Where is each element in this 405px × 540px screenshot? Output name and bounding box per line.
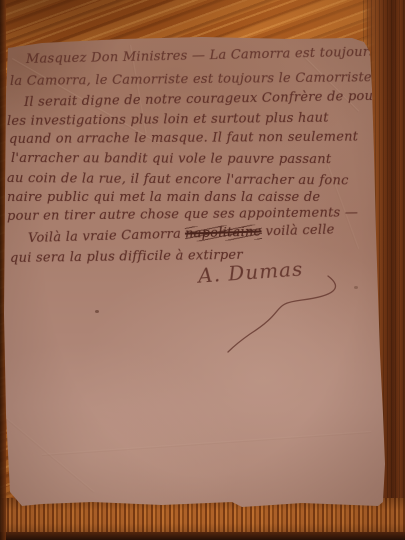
paper-crease xyxy=(1,414,94,493)
closing-line-before: Voilà la vraie Camorra xyxy=(28,227,181,246)
letter-line: l'arracher au bandit qui vole le pauvre … xyxy=(11,152,331,166)
letter-line: Il serait digne de notre courageux Confr… xyxy=(24,89,402,109)
ink-fleck xyxy=(95,310,99,313)
letter-line: naire public qui met la main dans la cai… xyxy=(7,191,320,204)
photo-of-letter-on-wood-table: 2 Masquez Don Ministres — La Camorra est… xyxy=(0,0,405,540)
struck-out-word: napolitaine xyxy=(185,224,262,241)
paper-crease xyxy=(42,431,371,456)
ink-fleck xyxy=(354,286,358,289)
letter-line: pour en tirer autre chose que ses appoin… xyxy=(7,206,358,223)
letter-line: quand on arrache le masque. Il faut non … xyxy=(9,131,358,146)
table-edge-shadow xyxy=(0,532,405,540)
letter-line: les investigations plus loin et surtout … xyxy=(7,112,329,128)
letter-line: au coin de la rue, il faut encore l'arra… xyxy=(7,172,349,187)
letter-line: Masquez Don Ministres — La Camorra est t… xyxy=(26,46,376,66)
closing-line-after: voilà celle xyxy=(265,222,335,239)
closing-line: Voilà la vraie Camorranapolitainevoilà c… xyxy=(28,223,335,245)
letter-line: la Camorra, le Camorriste est toujours l… xyxy=(10,71,372,88)
page-number-mark: 2 xyxy=(10,35,21,50)
letter-paper: 2 Masquez Don Ministres — La Camorra est… xyxy=(2,34,386,512)
